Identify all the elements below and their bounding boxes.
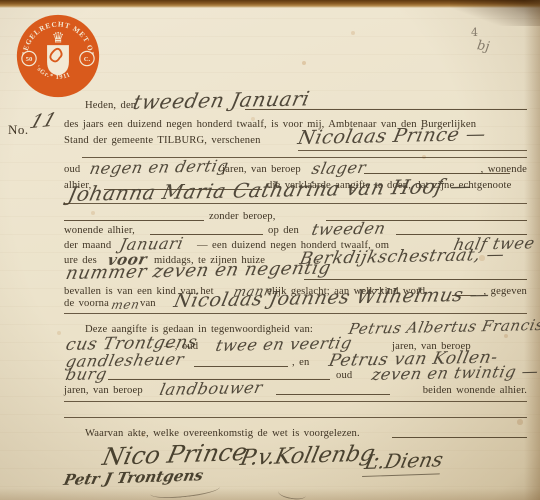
printed-text: van: [140, 298, 156, 309]
printed-text: oud: [336, 370, 352, 381]
handwritten-declarant-name: Nicolaas Prince —: [296, 123, 488, 149]
printed-text: beiden wonende alhier.: [423, 385, 527, 396]
printed-text: Waarvan akte, welke overeenkomstig de we…: [85, 428, 360, 439]
handwritten-date-month: tweeden Januari: [131, 86, 312, 114]
ruled-line: [64, 401, 527, 402]
ruled-line: [64, 313, 527, 314]
printed-text: jaren, van beroep: [222, 164, 301, 175]
form-line-1: Heden, den tweeden Januari: [85, 96, 527, 112]
printed-text: jaren, van beroep: [64, 385, 143, 396]
birth-record-page: ZEGELRECHT MET OPCENTEN 'sGr.* 1911 50 C…: [0, 0, 540, 500]
pencil-note-top: 4: [471, 26, 478, 39]
blank-rule: [276, 393, 390, 395]
handwritten-age: negen en dertig: [88, 156, 231, 178]
printed-text: oud: [64, 164, 80, 175]
ruled-line: [64, 417, 527, 418]
printed-text: Heden, den: [85, 100, 136, 111]
stamp-crown-icon: ♛: [52, 31, 65, 47]
form-line-19: Waarvan akte, welke overeenkomstig de we…: [64, 424, 527, 440]
form-line-3: Stand der gemeente TILBURG, verschenen N…: [64, 131, 527, 147]
record-number-value: 11: [27, 109, 60, 133]
form-line-11: nummer zeven en negentig: [64, 266, 527, 282]
printed-text: , wonende: [481, 164, 527, 175]
handwritten-occupation: slager: [310, 158, 368, 178]
printed-text: der maand: [64, 240, 111, 251]
record-number-label: No.: [8, 122, 29, 138]
paper-foxing-spots: [0, 0, 2, 2]
handwritten-plural-suffix: men: [110, 297, 141, 312]
printed-text: Stand der gemeente TILBURG, verschenen: [64, 135, 261, 146]
form-line-17: burg oud zeven en twintig —: [64, 366, 527, 382]
printed-text: de voorna: [64, 298, 109, 309]
stamp-value-left: 50: [26, 56, 33, 63]
signature-declarant: Nico Prince: [100, 438, 250, 471]
handwritten-witness1-name: Petrus Albertus Francis-: [347, 316, 540, 338]
revenue-stamp-icon: ZEGELRECHT MET OPCENTEN 'sGr.* 1911 50 C…: [16, 14, 100, 98]
form-line-6: Johanna Maria Catharina van Hoof —: [64, 188, 527, 204]
printed-text: op den: [268, 225, 299, 236]
signature-witness2: P.v.Kollenbg.: [238, 441, 384, 471]
form-line-18: jaren, van beroep landbouwer beiden wone…: [64, 381, 527, 397]
blank-rule: [392, 436, 527, 438]
ruled-line: [64, 203, 527, 204]
ruled-line: [298, 150, 527, 151]
bottom-edge-shadow: [0, 488, 540, 500]
blank-rule: [304, 278, 527, 280]
form-line-13: de voorna men van Nicolaas Joannes Wilhe…: [64, 294, 527, 310]
handwritten-witness2-occupation: landbouwer: [158, 378, 265, 399]
stamp-value-right: C.: [84, 56, 91, 63]
signature-registrar: L.Diens: [362, 447, 445, 477]
pencil-note-bottom: bj: [476, 38, 490, 55]
handwritten-house-number: nummer zeven en negentig: [64, 257, 333, 284]
